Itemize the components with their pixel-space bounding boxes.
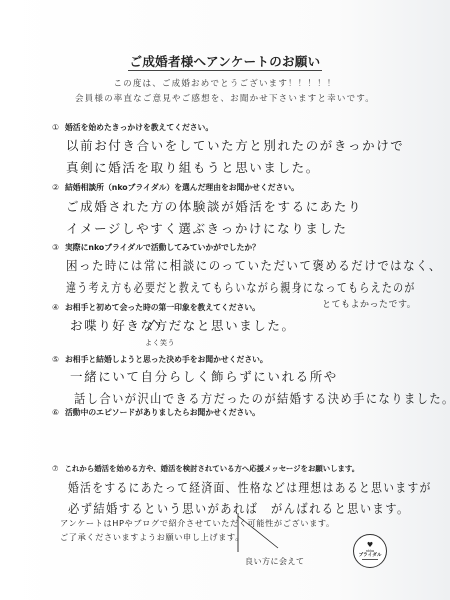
heart-icon: ♥ <box>367 542 373 549</box>
survey-page: ご成婚者様へアンケートのお願い この度は、ご成婚おめでとうございます！！！！！ … <box>0 0 450 600</box>
answer-7-annotation: 良い方に会えて <box>245 556 305 567</box>
nko-bridal-stamp: ♥ nkko ブライダル <box>353 534 387 568</box>
handwritten-strokes <box>0 0 450 600</box>
stamp-underline <box>362 559 378 560</box>
